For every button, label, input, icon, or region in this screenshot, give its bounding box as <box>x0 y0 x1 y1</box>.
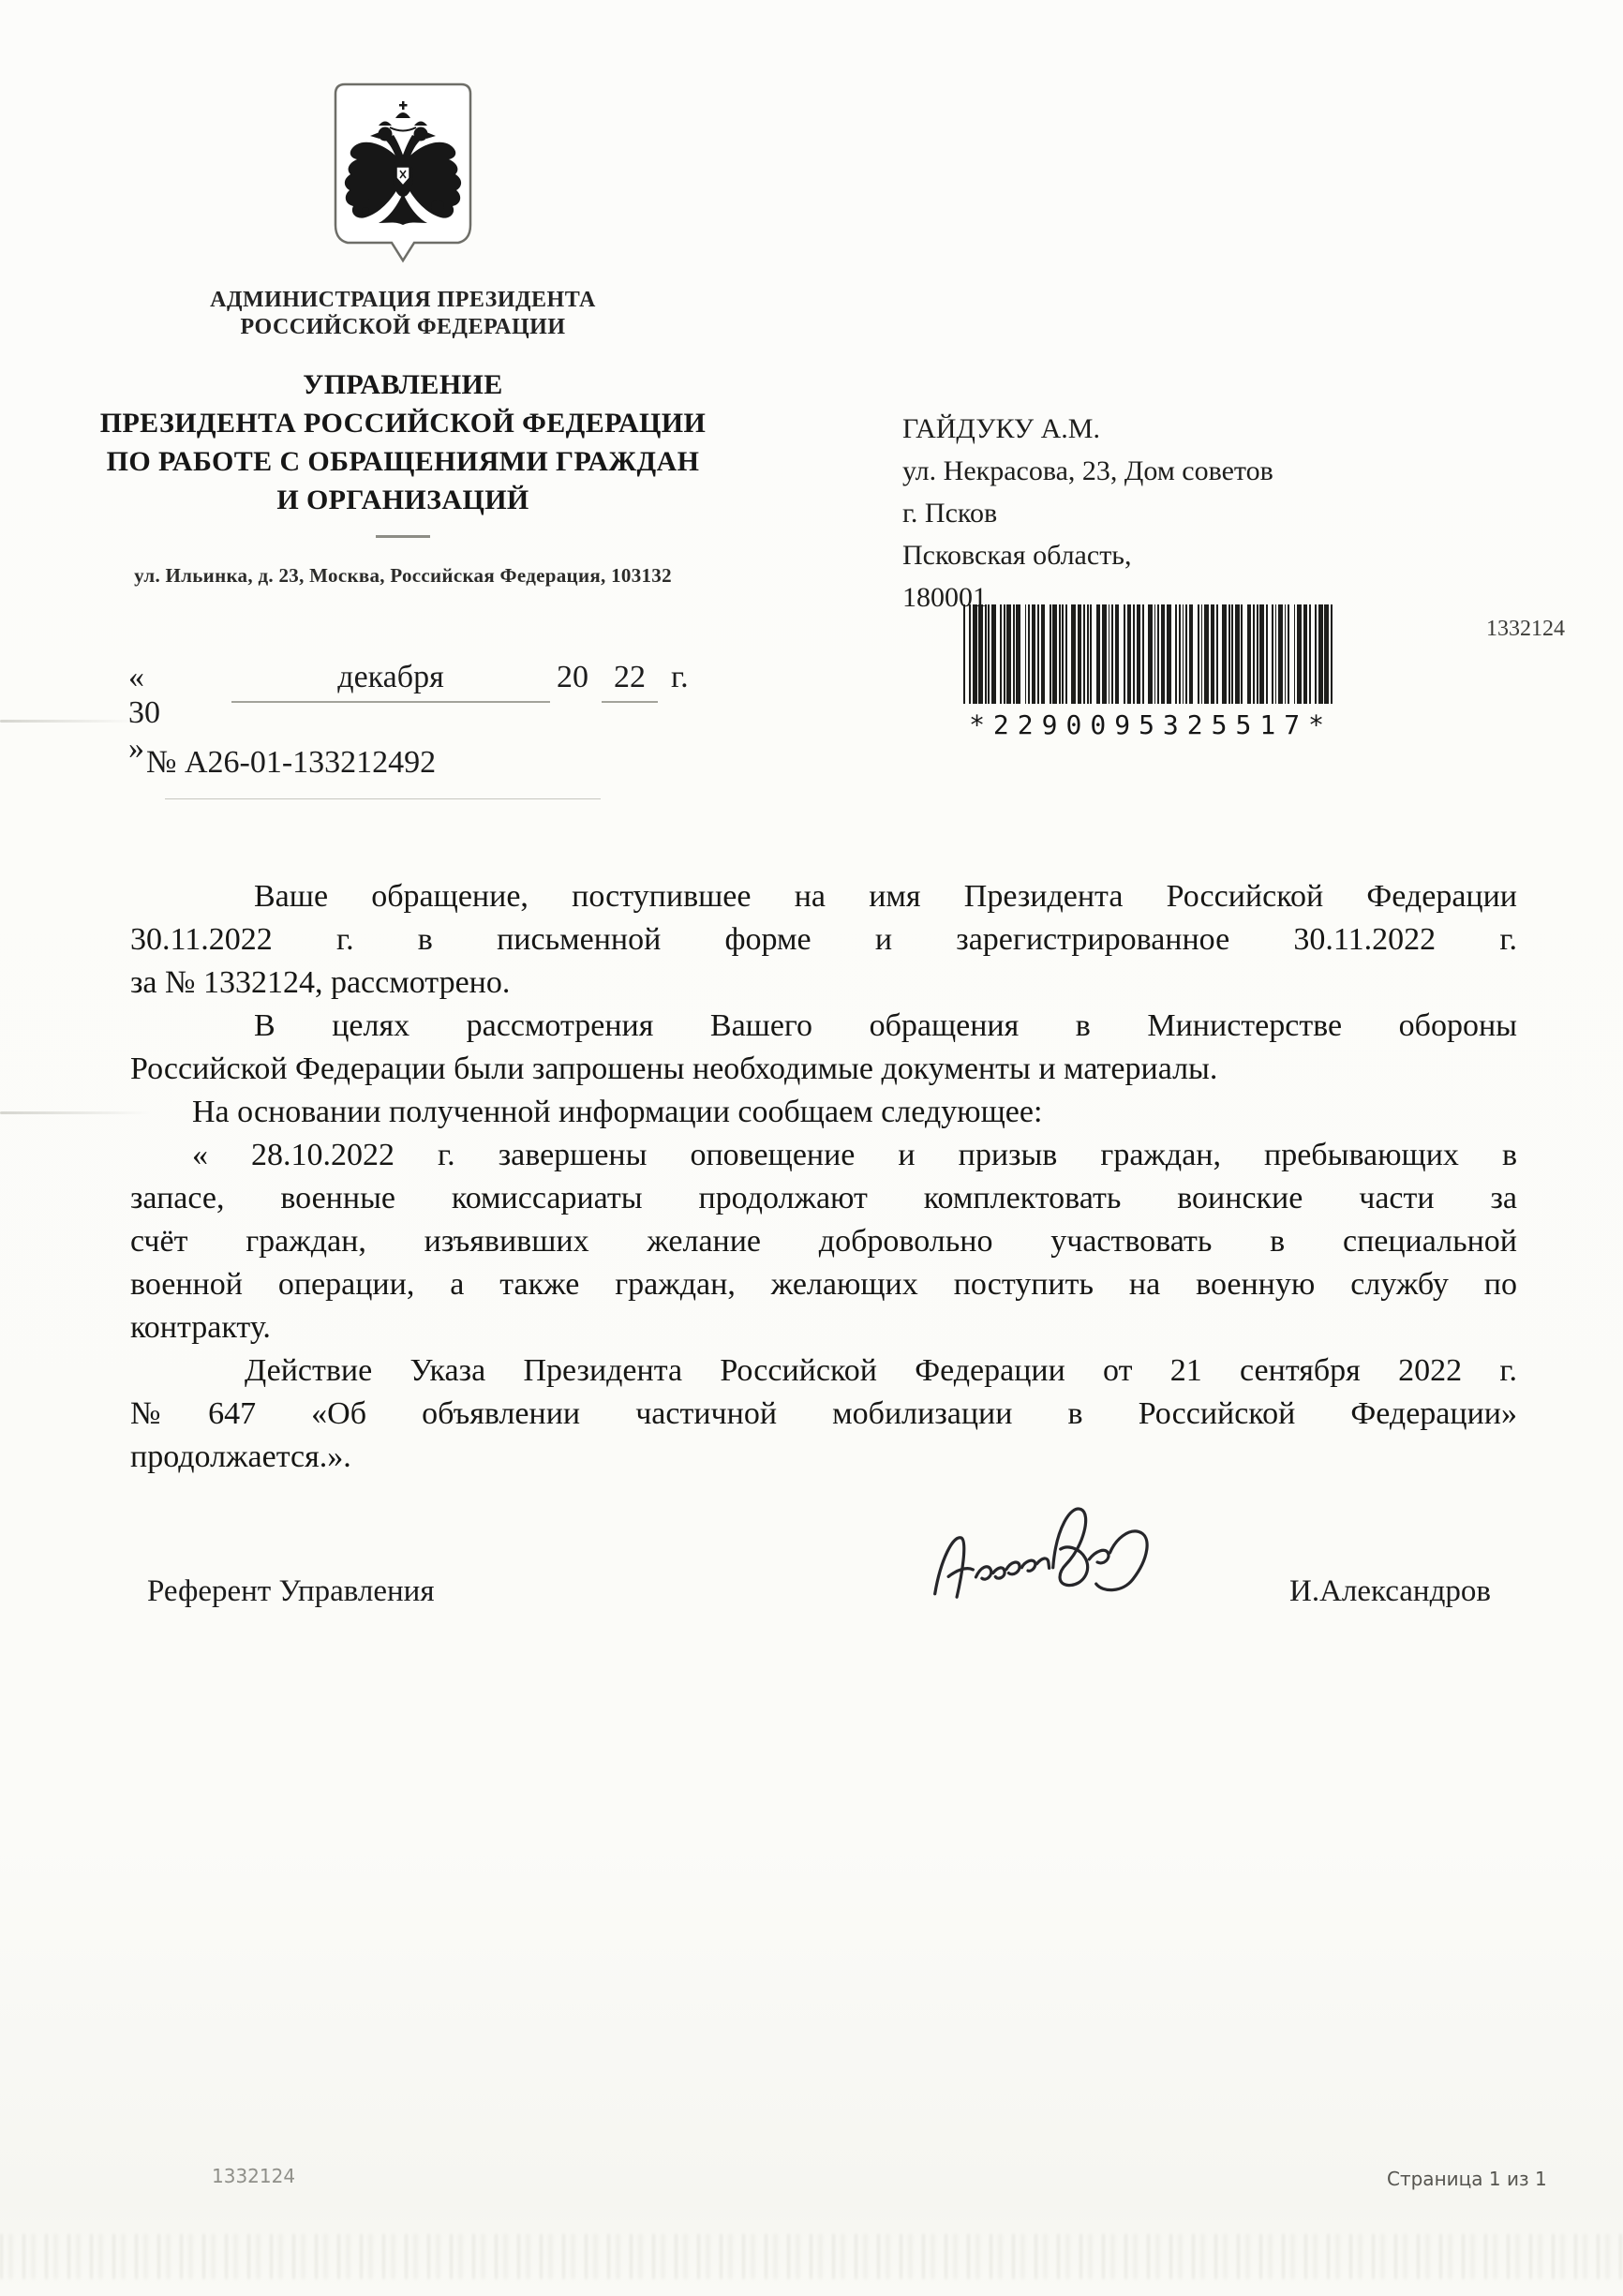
date-era: г. <box>671 660 689 695</box>
footer-document-number: 1332124 <box>212 2165 295 2187</box>
body-line: « 28.10.2022 г. завершены оповещение и п… <box>130 1134 1517 1177</box>
body-paragraph: « 28.10.2022 г. завершены оповещение и п… <box>130 1134 1517 1349</box>
organization-name: АДМИНИСТРАЦИЯ ПРЕЗИДЕНТА РОССИЙСКОЙ ФЕДЕ… <box>56 287 750 341</box>
dept-line: ПРЕЗИДЕНТА РОССИЙСКОЙ ФЕДЕРАЦИИ <box>56 404 750 442</box>
footer-page-info: Страница 1 из 1 <box>1387 2168 1547 2190</box>
reference-number: № А26-01-133212492 <box>146 745 436 781</box>
org-line: РОССИЙСКОЙ ФЕДЕРАЦИИ <box>56 314 750 341</box>
signer-title: Референт Управления <box>147 1574 435 1609</box>
org-line: АДМИНИСТРАЦИЯ ПРЕЗИДЕНТА <box>56 287 750 314</box>
body-paragraph: В целях рассмотрения Вашего обращения в … <box>130 1005 1517 1091</box>
barcode-block: *2290095325517* <box>963 604 1338 740</box>
recipient-street: ул. Некрасова, 23, Дом советов <box>902 450 1273 492</box>
body-line: 30.11.2022 г. в письменной форме и зарег… <box>130 918 1517 962</box>
body-line: Ваше обращение, поступившее на имя Прези… <box>130 875 1517 918</box>
body-paragraph: Действие Указа Президента Российской Фед… <box>130 1349 1517 1479</box>
reference-underline <box>165 798 601 799</box>
letterhead-separator <box>376 535 430 538</box>
scanned-letter-page: АДМИНИСТРАЦИЯ ПРЕЗИДЕНТА РОССИЙСКОЙ ФЕДЕ… <box>0 0 1623 2296</box>
russian-coat-of-arms-icon <box>332 81 474 270</box>
paper-crease <box>0 1111 150 1114</box>
handwritten-signature <box>896 1488 1184 1628</box>
barcode-icon <box>963 604 1338 704</box>
body-line: счёт граждан, изъявивших желание доброво… <box>130 1220 1517 1263</box>
department-name: УПРАВЛЕНИЕ ПРЕЗИДЕНТА РОССИЙСКОЙ ФЕДЕРАЦ… <box>56 365 750 519</box>
dept-line: И ОРГАНИЗАЦИЙ <box>56 481 750 519</box>
recipient-city: г. Псков <box>902 492 1273 534</box>
body-text: Ваше обращение, поступившее на имя Прези… <box>130 875 1517 1479</box>
paper-crease <box>0 720 136 723</box>
barcode-value: *2290095325517* <box>963 709 1338 740</box>
body-line: Российской Федерации были запрошены необ… <box>130 1048 1517 1091</box>
body-line: Действие Указа Президента Российской Фед… <box>130 1349 1517 1393</box>
body-paragraph: На основании полученной информации сообщ… <box>130 1091 1517 1134</box>
dept-line: ПО РАБОТЕ С ОБРАЩЕНИЯМИ ГРАЖДАН <box>56 442 750 481</box>
registration-number: 1332124 <box>1486 617 1565 642</box>
recipient-region: Псковская область, <box>902 534 1273 576</box>
body-line: №647 «Об объявлении частичной мобилизаци… <box>130 1393 1517 1436</box>
date-month: декабря <box>231 660 550 703</box>
date-year-prefix: 20 <box>557 660 588 695</box>
date-year-suffix: 22 <box>602 660 658 703</box>
body-line: запасе, военные комиссариаты продолжают … <box>130 1177 1517 1220</box>
body-line: В целях рассмотрения Вашего обращения в … <box>130 1005 1517 1048</box>
scan-edge-texture <box>0 2234 1623 2279</box>
body-line: продолжается.». <box>130 1436 1517 1479</box>
recipient-name: ГАЙДУКУ А.М. <box>902 408 1273 450</box>
signer-name: И.Александров <box>1289 1574 1491 1609</box>
letterhead: АДМИНИСТРАЦИЯ ПРЕЗИДЕНТА РОССИЙСКОЙ ФЕДЕ… <box>56 81 750 588</box>
sender-address: ул. Ильинка, д. 23, Москва, Российская Ф… <box>56 564 750 588</box>
body-line: контракту. <box>130 1306 1517 1349</box>
body-line: за № 1332124, рассмотрено. <box>130 962 1517 1005</box>
body-line: На основании полученной информации сообщ… <box>130 1091 1517 1134</box>
dept-line: УПРАВЛЕНИЕ <box>56 365 750 404</box>
body-paragraph: Ваше обращение, поступившее на имя Прези… <box>130 875 1517 1005</box>
recipient-address-block: ГАЙДУКУ А.М. ул. Некрасова, 23, Дом сове… <box>902 408 1273 619</box>
body-line: военной операции, а также граждан, желаю… <box>130 1263 1517 1306</box>
